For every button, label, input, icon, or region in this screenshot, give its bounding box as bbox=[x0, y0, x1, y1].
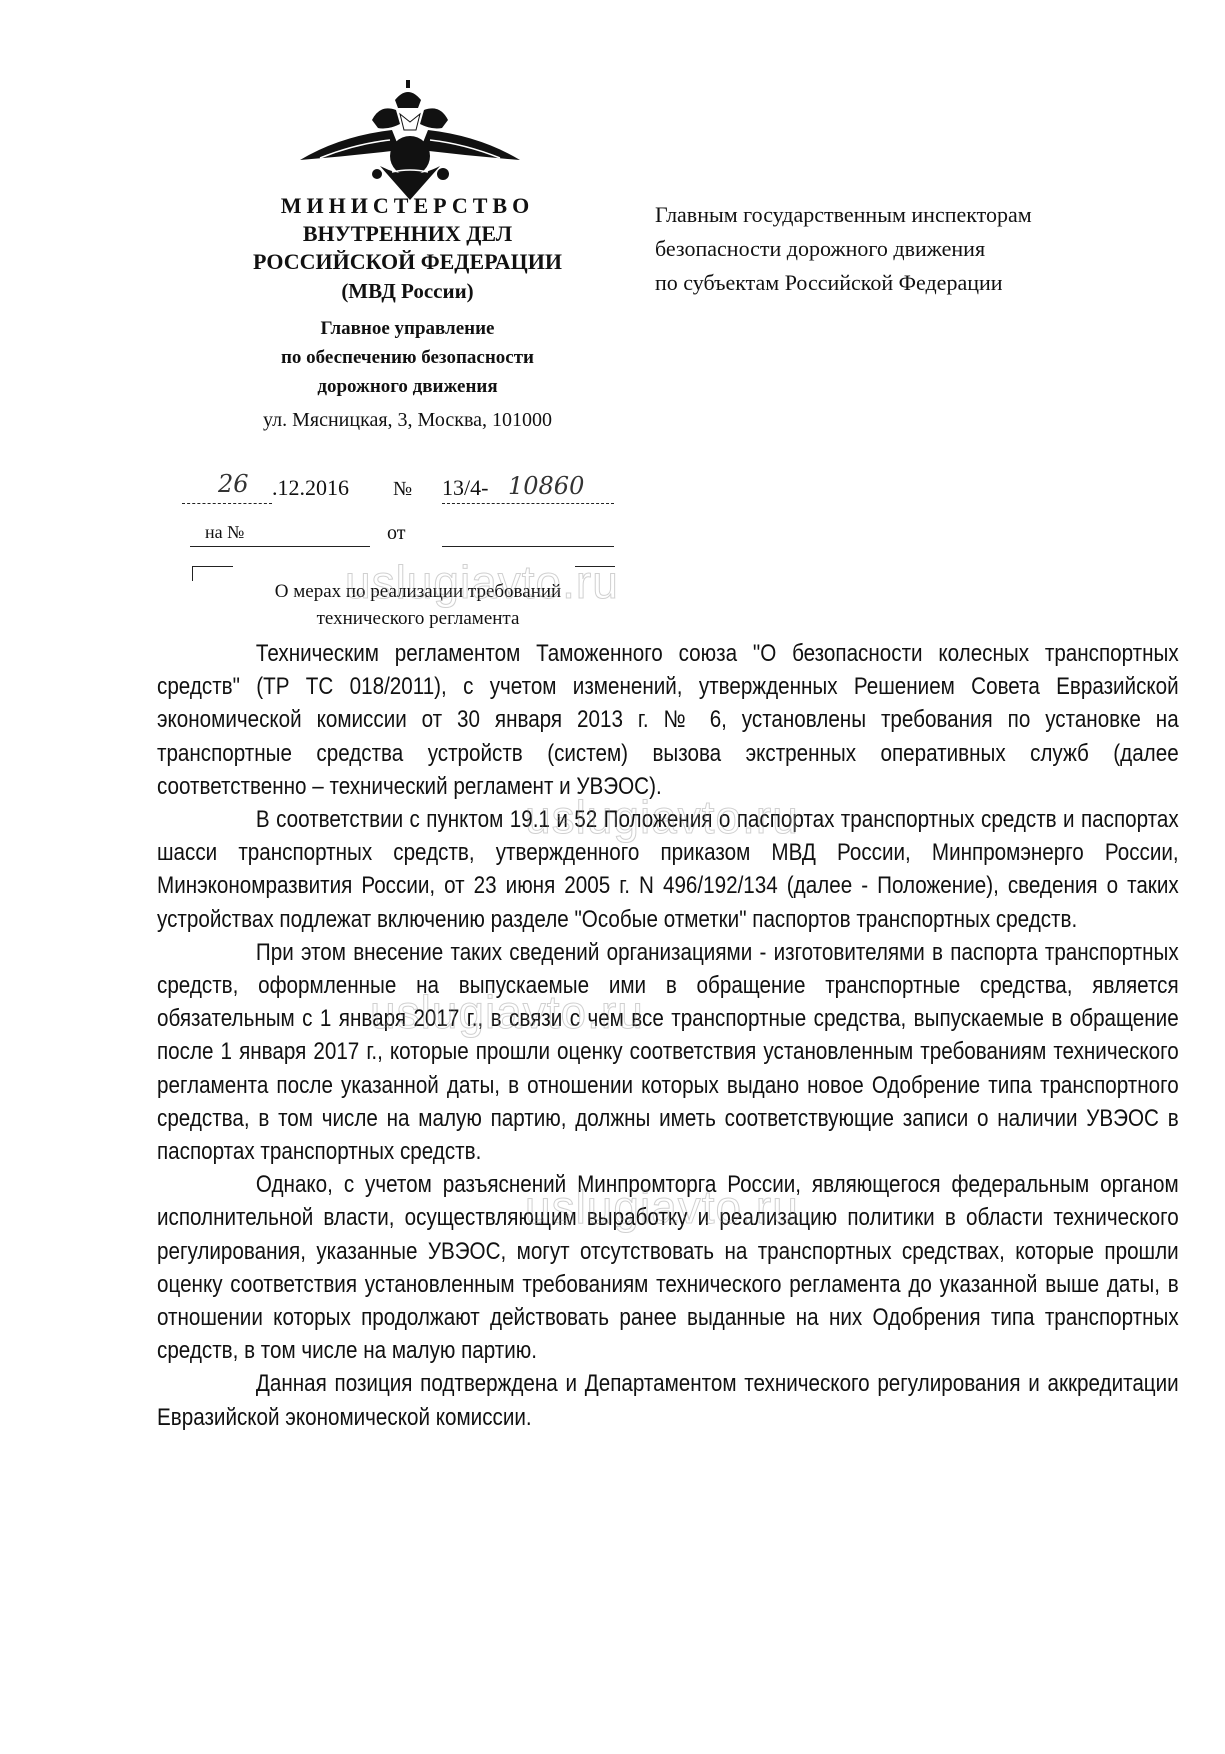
addressee-block: Главным государственным инспекторам безо… bbox=[655, 198, 1032, 300]
number-printed: 13/4- bbox=[442, 475, 488, 501]
number-underline bbox=[442, 503, 614, 504]
addressee-line3: по субъектам Российской Федерации bbox=[655, 266, 1032, 300]
body-paragraph-3: При этом внесение таких сведений организ… bbox=[157, 936, 1179, 1168]
from-date-field bbox=[442, 546, 614, 547]
number-handwritten: 10860 bbox=[508, 472, 584, 500]
mvd-emblem-icon bbox=[300, 78, 520, 203]
department-line2: по обеспечению безопасности bbox=[175, 343, 640, 372]
reply-to-number-field bbox=[190, 546, 370, 547]
subject-line1: О мерах по реализации требований bbox=[218, 578, 618, 605]
reply-to-label: на № bbox=[205, 522, 244, 543]
from-label: от bbox=[387, 522, 405, 545]
department-line1: Главное управление bbox=[175, 314, 640, 343]
body-paragraph-2: В соответствии с пунктом 19.1 и 52 Полож… bbox=[157, 803, 1179, 936]
number-label: № bbox=[393, 478, 412, 501]
ministry-abbreviation: (МВД России) bbox=[175, 276, 640, 306]
letter-body: Техническим регламентом Таможенного союз… bbox=[157, 637, 1036, 1434]
date-printed: .12.2016 bbox=[272, 475, 349, 501]
body-paragraph-1: Техническим регламентом Таможенного союз… bbox=[157, 637, 1179, 803]
subject-line2: технического регламента bbox=[218, 605, 618, 632]
letterhead: МИНИСТЕРСТВО ВНУТРЕННИХ ДЕЛ РОССИЙСКОЙ Ф… bbox=[175, 192, 640, 435]
addressee-line1: Главным государственным инспекторам bbox=[655, 198, 1032, 232]
addressee-line2: безопасности дорожного движения bbox=[655, 232, 1032, 266]
ministry-name-line2: ВНУТРЕННИХ ДЕЛ bbox=[175, 220, 640, 248]
department-line3: дорожного движения bbox=[175, 372, 640, 401]
date-day-underline bbox=[182, 503, 272, 504]
date-day-handwritten: 26 bbox=[218, 470, 249, 498]
ministry-name-line3: РОССИЙСКОЙ ФЕДЕРАЦИИ bbox=[175, 248, 640, 276]
ministry-name-line1: МИНИСТЕРСТВО bbox=[175, 192, 640, 220]
body-paragraph-5: Данная позиция подтверждена и Департамен… bbox=[157, 1367, 1179, 1433]
ministry-address: ул. Мясницкая, 3, Москва, 101000 bbox=[175, 405, 640, 435]
letter-subject: О мерах по реализации требований техниче… bbox=[218, 578, 618, 632]
body-paragraph-4: Однако, с учетом разъяснений Минпромторг… bbox=[157, 1168, 1179, 1367]
